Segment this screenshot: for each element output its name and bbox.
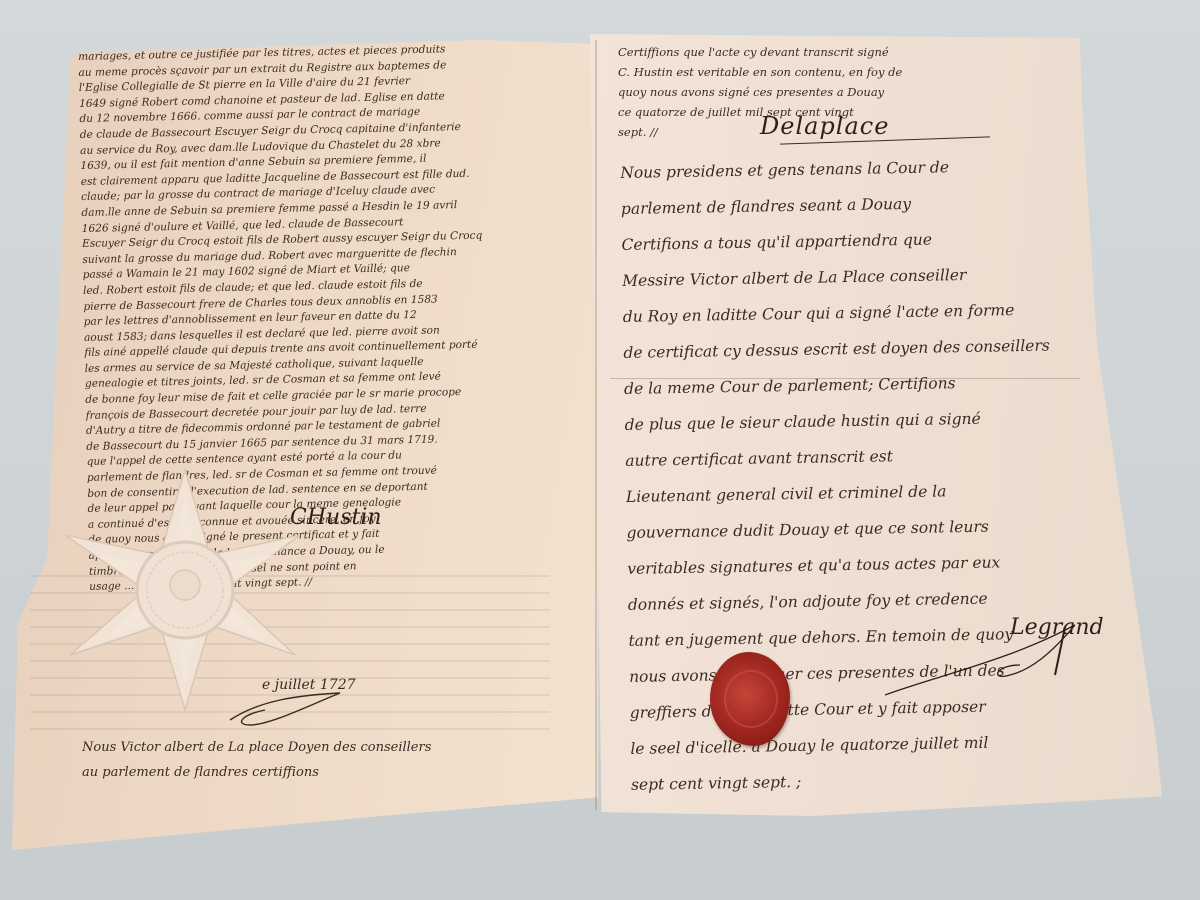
signature-flourish-icon (220, 685, 350, 730)
hustin-signature: CHustin (290, 505, 382, 530)
text-line: quoy nous avons signé ces presentes a Do… (618, 82, 1018, 102)
text-line: C. Hustin est veritable en son contenu, … (618, 62, 1018, 82)
text-line: sept cent vingt sept. ; (631, 759, 1072, 803)
text-line: au parlement de flandres certiffions (82, 760, 582, 785)
text-line: Certiffions que l'acte cy devant transcr… (618, 42, 1018, 62)
red-wax-seal-icon (710, 652, 790, 746)
signature-paraph-icon (880, 615, 1080, 705)
left-page-bottom-text: Nous Victor albert de La place Doyen des… (82, 735, 582, 785)
text-line: de certificat cy dessus escrit est doyen… (623, 327, 1064, 371)
delaplace-signature: Delaplace (760, 112, 889, 140)
center-fold (595, 40, 597, 810)
text-line: Nous Victor albert de La place Doyen des… (82, 735, 582, 760)
